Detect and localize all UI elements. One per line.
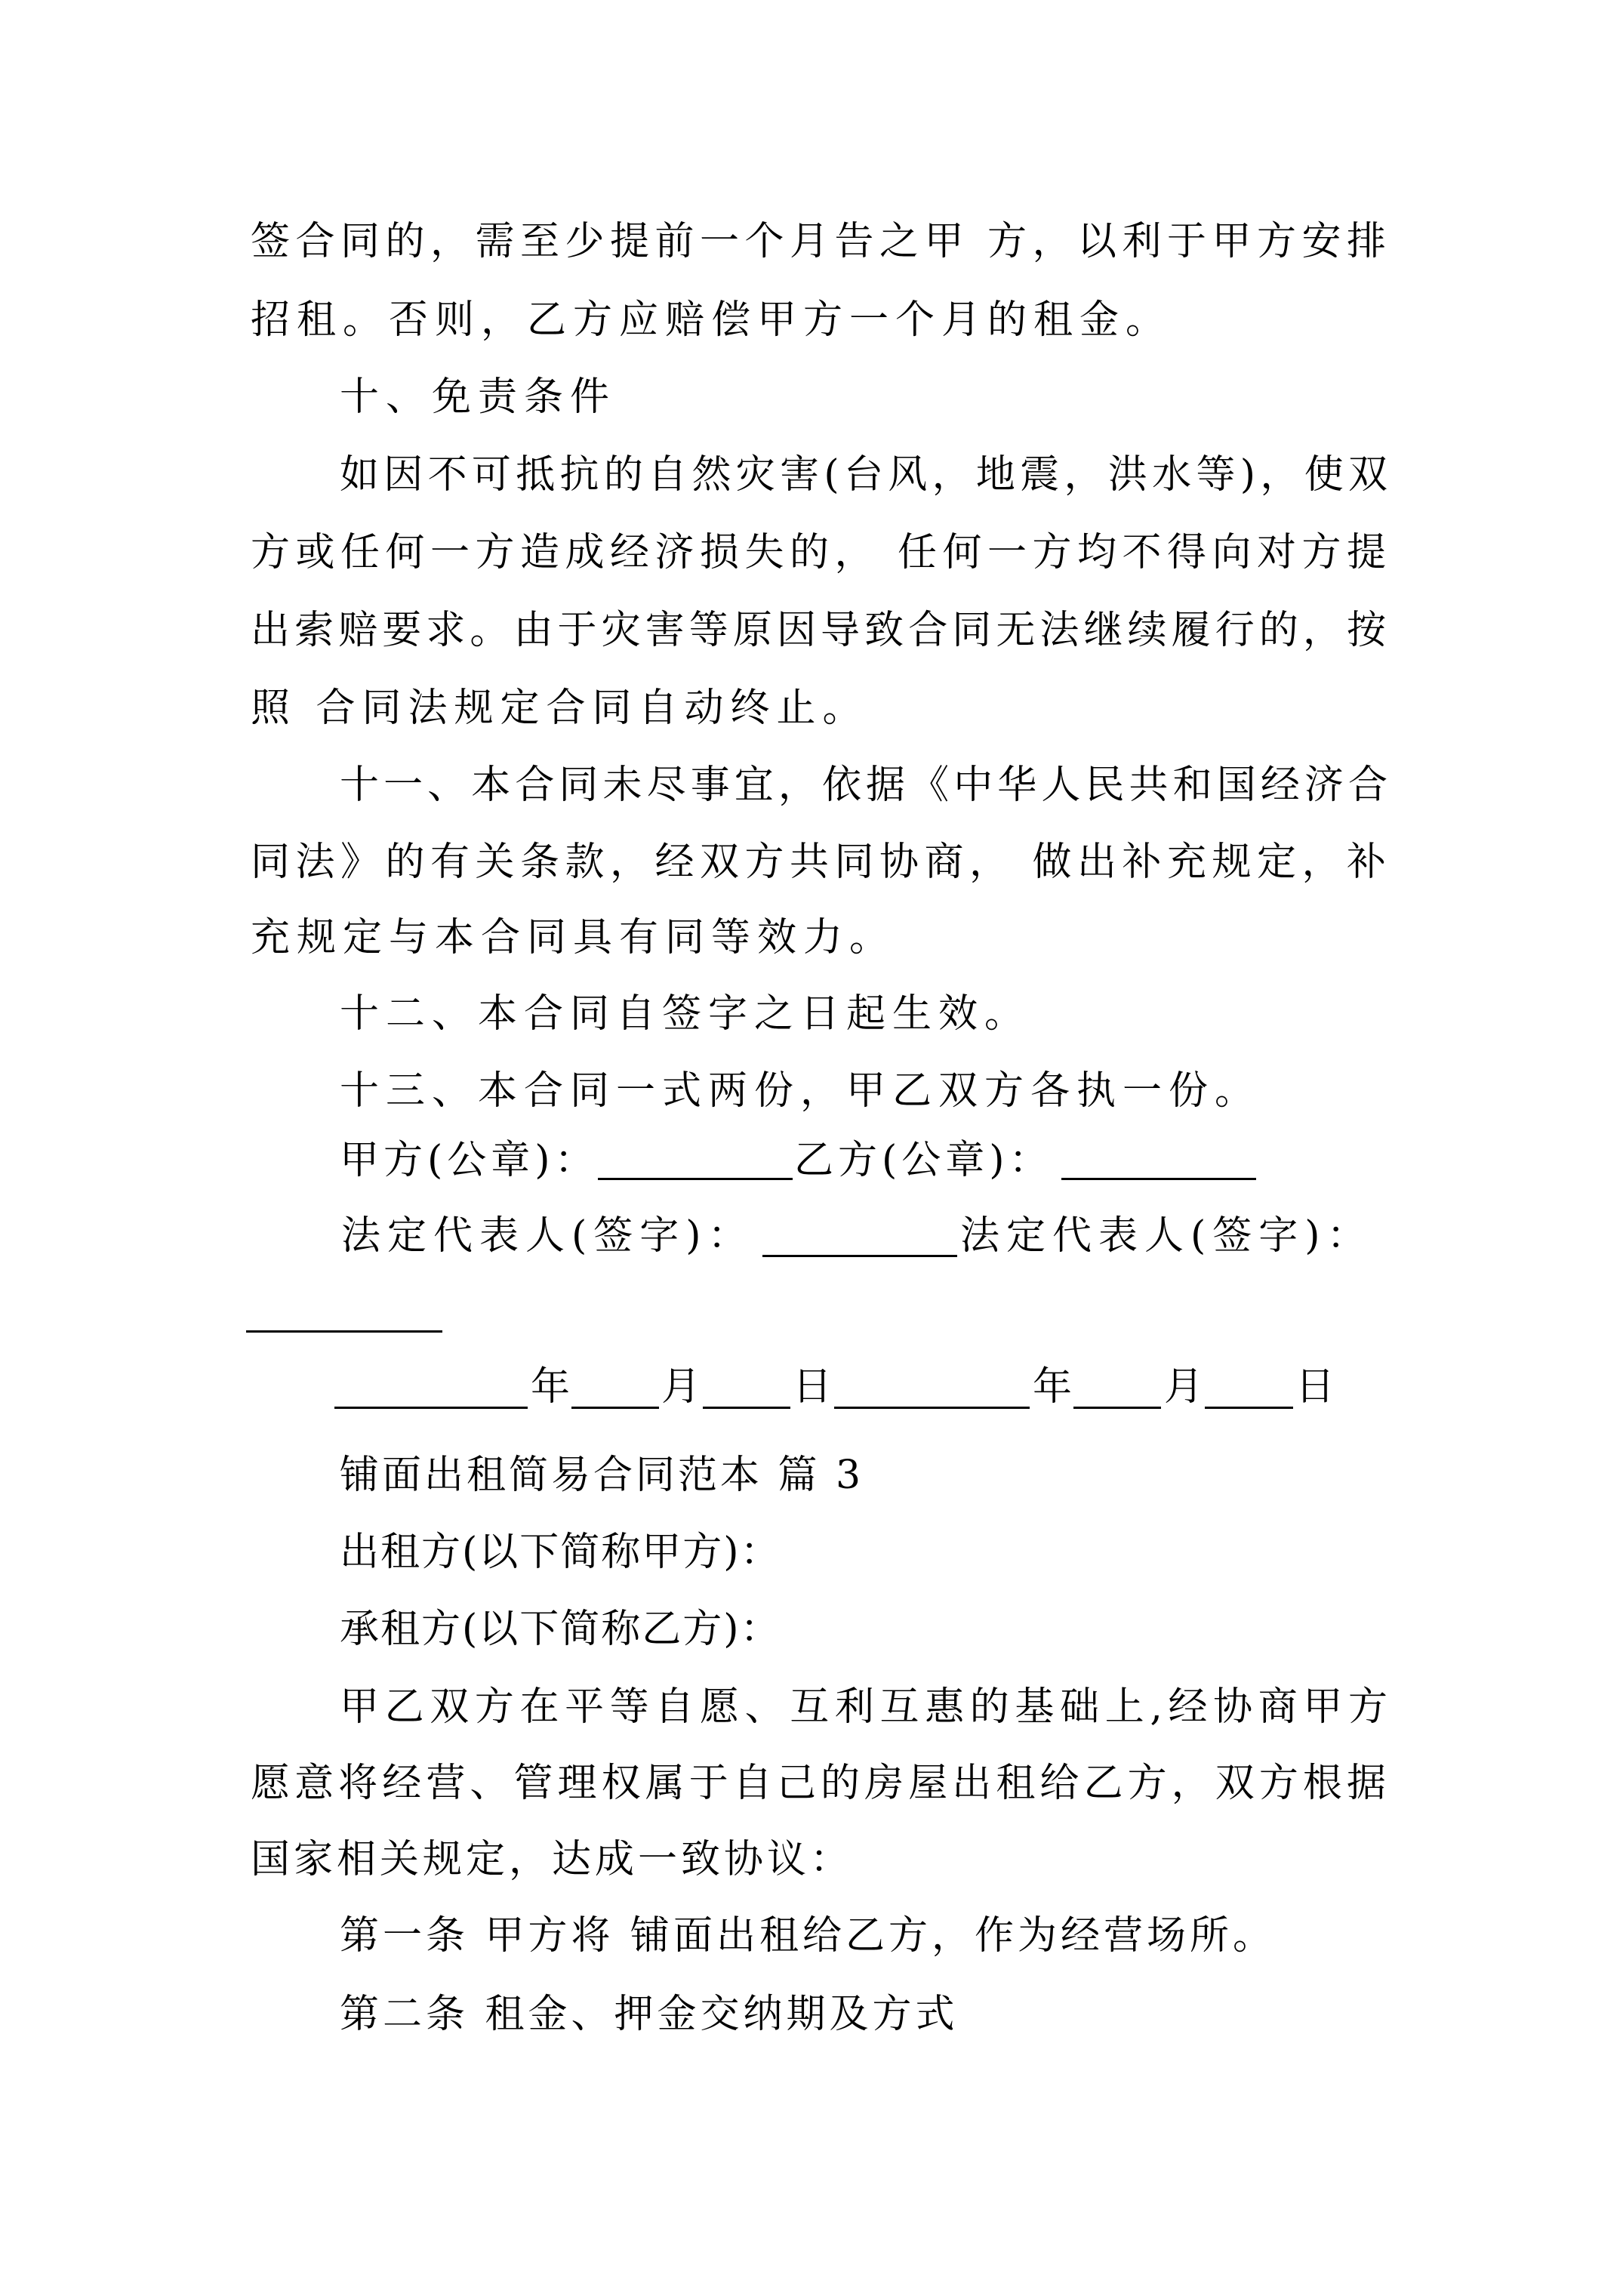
party-a-seal-blank xyxy=(598,1178,793,1180)
date-a-year-blank xyxy=(334,1407,528,1409)
clause-10-heading: 十、免责条件 xyxy=(340,373,616,421)
date-b-month-blank xyxy=(1073,1407,1161,1409)
clause-9-line-1: 签合同的，需至少提前一个月告之甲 方，以利于甲方安排 xyxy=(251,217,1387,266)
intro-line-2: 愿意将经营、管理权属于自己的房屋出租给乙方，双方根据 xyxy=(251,1759,1387,1808)
intro-line-1: 甲乙双方在平等自愿、互利互惠的基础上,经协商甲方 xyxy=(340,1683,1387,1731)
article-2: 第二条 租金、押金交纳期及方式 xyxy=(340,1990,959,2039)
clause-11-line-3: 充规定与本合同具有同等效力。 xyxy=(251,914,895,962)
date-a-day-blank xyxy=(703,1407,790,1409)
clause-12: 十二、本合同自签字之日起生效。 xyxy=(340,990,1030,1038)
article-1: 第一条 甲方将 铺面出租给乙方，作为经营场所。 xyxy=(340,1912,1276,1960)
date-b-year-blank xyxy=(834,1407,1030,1409)
clause-11-line-1: 十一、本合同未尽事宜，依据《中华人民共和国经济合 xyxy=(340,761,1387,809)
date-b-day-blank xyxy=(1205,1407,1293,1409)
clause-10-line-1: 如因不可抵抗的自然灾害(台风，地震，洪水等)，使双 xyxy=(340,451,1387,499)
date-b-day-label: 日 xyxy=(1295,1363,1335,1411)
intro-line-3: 国家相关规定，达成一致协议： xyxy=(251,1835,853,1884)
date-a-day-label: 日 xyxy=(793,1363,832,1411)
party-a-rep-label: 法定代表人(签字)： xyxy=(341,1212,754,1260)
date-b-month-label: 月 xyxy=(1164,1363,1203,1411)
party-a-seal-label: 甲方(公章)： xyxy=(340,1136,599,1185)
date-b-year-label: 年 xyxy=(1033,1363,1072,1411)
clause-10-line-2: 方或任何一方造成经济损失的， 任何一方均不得向对方提 xyxy=(251,529,1387,577)
party-b-rep-blank xyxy=(246,1330,442,1333)
date-a-year-label: 年 xyxy=(531,1363,570,1411)
party-b-rep-label: 法定代表人(签字)： xyxy=(960,1212,1373,1260)
clause-9-line-2: 招租。否则，乙方应赔偿甲方一个月的租金。 xyxy=(251,296,1172,344)
clause-11-line-2: 同法》的有关条款，经双方共同协商， 做出补充规定，补 xyxy=(251,838,1387,886)
clause-10-line-4: 照 合同法规定合同自动终止。 xyxy=(251,684,869,732)
date-a-month-blank xyxy=(571,1407,659,1409)
party-a-rep-blank xyxy=(762,1255,957,1257)
party-b-seal-label: 乙方(公章)： xyxy=(794,1136,1053,1185)
date-a-month-label: 月 xyxy=(661,1363,701,1411)
document-page: 签合同的，需至少提前一个月告之甲 方，以利于甲方安排 招租。否则，乙方应赔偿甲方… xyxy=(0,0,1623,2296)
lessee-label: 承租方(以下简称乙方)： xyxy=(340,1605,781,1653)
section-3-title: 铺面出租简易合同范本 篇 3 xyxy=(340,1451,864,1499)
lessor-label: 出租方(以下简称甲方)： xyxy=(340,1528,781,1576)
party-b-seal-blank xyxy=(1061,1178,1256,1180)
clause-10-line-3: 出索赔要求。由于灾害等原因导致合同无法继续履行的，按 xyxy=(251,606,1387,655)
clause-13: 十三、本合同一式两份，甲乙双方各执一份。 xyxy=(340,1067,1261,1115)
